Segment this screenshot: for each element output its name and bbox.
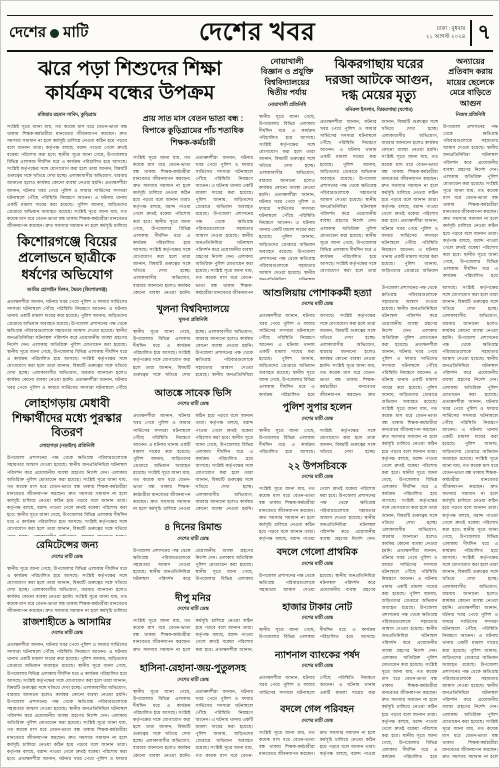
story-body: উপজেলা প্রশাসনের পক্ষ থেকে ক্ষতিগ্রস্ত প… <box>7 454 127 536</box>
story-body: উপজেলা প্রশাসনের পক্ষ থেকে ক্ষতিগ্রস্ত প… <box>443 123 498 280</box>
story-body: সংশ্লিষ্ট সূত্রে জানা যায়, গত কয়েক মাস… <box>259 729 376 761</box>
masthead-dot-icon <box>50 29 59 38</box>
story-byline: মনিরুল ইসলাম, ঝিকরগাছা (যশোর) <box>320 107 438 115</box>
dateline: ঢাকা : বুধবার ২১ আগস্ট ২০২৪ <box>426 25 466 42</box>
bottom-stories-row: আশুলিয়ায় পোশাককর্মী হত্যাদেশের মাটি ডে… <box>259 284 498 761</box>
story-body: উপজেলা প্রশাসনের পক্ষ থেকে ক্ষতিগ্রস্ত প… <box>259 572 376 598</box>
story-byline: দেশের মাটি ডেস্ক <box>133 677 253 685</box>
dateline-block: ঢাকা : বুধবার ২১ আগস্ট ২০২৪ ৭ <box>426 16 491 51</box>
story-headline: লোহাগড়ায় মেধাবী শিক্ষার্থীদের মধ্যে পু… <box>7 397 127 440</box>
story-byline: খুলনা প্রতিনিধি <box>133 317 253 325</box>
story-deck: প্রায় সাত মাস বেতন ভাতা বন্ধ : বিপাকে ক… <box>138 113 248 149</box>
story-body: সংশ্লিষ্ট সূত্রে জানা যায়, গত কয়েক মাস… <box>259 485 376 543</box>
story-body: সংশ্লিষ্ট সূত্রে জানা যায়, গত কয়েক মাস… <box>133 154 253 300</box>
story-byline: মতিয়ার রহমান সাবিদ, কুড়িগ্রাম <box>7 112 127 120</box>
column-b: প্রায় সাত মাস বেতন ভাতা বন্ধ : বিপাকে ক… <box>133 111 253 761</box>
right-section: নোয়াখালী বিজ্ঞান ও প্রযুক্তি বিশ্ববিদ্য… <box>259 56 498 761</box>
story-byline: দেশের মাটি ডেস্ক <box>259 416 376 424</box>
story-byline: লোহাগড়া (নড়াইল) প্রতিনিধি <box>7 443 127 451</box>
page-content: ঝরে পড়া শিশুদের শিক্ষা কার্যক্রম বন্ধের… <box>7 52 493 761</box>
story-byline: নিজস্ব প্রতিনিধি <box>443 112 498 120</box>
story-jhikargachha: ঝিকরগাছায় ঘরের দরজা আটকে আগুন, দগ্ধ মেয… <box>320 56 438 280</box>
newspaper-page: দেশের মাটি দেশের খবর ঢাকা : বুধবার ২১ আগ… <box>0 0 500 768</box>
story-headline: ২২ উপসচিবকে <box>259 461 376 472</box>
column-d: উপজেলা প্রশাসনের পক্ষ থেকে ক্ষতিগ্রস্ত প… <box>382 284 499 761</box>
story-headline: খুলনা বিশ্ববিদ্যালয়ে <box>133 304 253 315</box>
story-headline: ৪ দিনের রিমান্ড <box>133 522 253 533</box>
story-body: স্থানীয় সূত্রে জানা গেছে, উপজেলার বিভিন… <box>259 427 376 457</box>
story-byline: দেশের মাটি ডেস্ক <box>133 606 253 614</box>
story-byline: নোয়াখালী প্রতিনিধি <box>259 102 315 110</box>
column-a: মতিয়ার রহমান সাবিদ, কুড়িগ্রামসংশ্লিষ্ট… <box>7 111 127 761</box>
masthead-text-right: মাটি <box>63 21 88 46</box>
story-headline: বদলে গেল পরিবহন <box>259 704 376 715</box>
masthead-text-left: দেশের <box>9 21 46 46</box>
story-byline: দেশের মাটি ডেস্ক <box>259 615 376 623</box>
story-headline: নোয়াখালী বিজ্ঞান ও প্রযুক্তি বিশ্ববিদ্য… <box>259 57 315 99</box>
story-headline: ঝিকরগাছায় ঘরের দরজা আটকে আগুন, দগ্ধ মেয… <box>320 57 438 104</box>
story-body: প্রত্যক্ষদর্শীরা জানান, ঘটনার খবর পেয়ে … <box>320 118 438 280</box>
story-byline: আবির হোসাইন মিলন, ভৈরব (কিশোরগঞ্জ) <box>7 287 127 295</box>
story-body: প্রত্যক্ষদর্শীরা জানান, ঘটনার খবর পেয়ে … <box>7 641 127 761</box>
lead-section: ঝরে পড়া শিশুদের শিক্ষা কার্যক্রম বন্ধের… <box>7 56 253 761</box>
page-header: দেশের মাটি দেশের খবর ঢাকা : বুধবার ২১ আগ… <box>7 16 493 52</box>
story-byline: দেশের মাটি ডেস্ক <box>7 630 127 638</box>
story-body: উপজেলা প্রশাসনের পক্ষ থেকে ক্ষতিগ্রস্ত প… <box>382 284 499 761</box>
story-body: প্রত্যক্ষদর্শীরা জানান, ঘটনার খবর পেয়ে … <box>133 412 253 518</box>
story-headline: দীপু মনির <box>133 593 253 604</box>
story-body: প্রত্যক্ষদর্শীরা জানান, ঘটনার খবর পেয়ে … <box>259 674 376 700</box>
masthead: দেশের মাটি <box>9 21 88 46</box>
story-byline: দেশের মাটি ডেস্ক <box>259 663 376 671</box>
story-headline: আশুলিয়ায় পোশাককর্মী হত্যা <box>259 288 376 299</box>
story-headline: পুলিশ সুপার হলেন <box>259 402 376 413</box>
column-c: আশুলিয়ায় পোশাককর্মী হত্যাদেশের মাটি ডে… <box>259 284 376 761</box>
story-arson: অন্যায়ের প্রতিবাদ করায় মায়ের ছেলেকে ম… <box>443 56 498 280</box>
story-headline: বদলে গেলো প্রাথমিক <box>259 547 376 558</box>
story-headline: ঝরে পড়া শিশুদের শিক্ষা কার্যক্রম বন্ধের… <box>7 58 253 106</box>
story-byline: দেশের মাটি ডেস্ক <box>259 561 376 569</box>
story-noakhali: নোয়াখালী বিজ্ঞান ও প্রযুক্তি বিশ্ববিদ্য… <box>259 56 315 280</box>
story-body: প্রত্যক্ষদর্শীরা জানান, ঘটনার খবর পেয়ে … <box>259 312 376 398</box>
story-byline: দেশের মাটি ডেস্ক <box>133 401 253 409</box>
story-byline: দেশের মাটি ডেস্ক <box>259 301 376 309</box>
lead-headline-block: ঝরে পড়া শিশুদের শিক্ষা কার্যক্রম বন্ধের… <box>7 56 253 111</box>
story-body: স্থানীয় সূত্রে জানা গেছে, উপজেলার বিভিন… <box>7 565 127 613</box>
story-body: স্থানীয় সূত্রে জানা গেছে, উপজেলার বিভিন… <box>259 113 315 280</box>
story-headline: অন্যায়ের প্রতিবাদ করায় মায়ের ছেলেকে ম… <box>443 57 498 109</box>
story-byline: দেশের মাটি ডেস্ক <box>133 536 253 544</box>
dateline-city-day: ঢাকা : বুধবার <box>426 25 466 33</box>
section-title: দেশের খবর <box>199 12 315 55</box>
lead-columns: মতিয়ার রহমান সাবিদ, কুড়িগ্রামসংশ্লিষ্ট… <box>7 111 253 761</box>
page-number: ৭ <box>477 16 491 51</box>
story-headline: রাজশাহীতে ৯ আসামির <box>7 617 127 628</box>
story-headline: রেমিটেন্সের জন্য <box>7 540 127 551</box>
story-byline: দেশের মাটি ডেস্ক <box>7 554 127 562</box>
story-byline: দেশের মাটি ডেস্ক <box>259 718 376 726</box>
story-body: সংশ্লিষ্ট সূত্রে জানা যায়, গত কয়েক মাস… <box>133 617 253 659</box>
top-stories-row: নোয়াখালী বিজ্ঞান ও প্রযুক্তি বিশ্ববিদ্য… <box>259 56 498 280</box>
story-body: স্থানীয় সূত্রে জানা গেছে, উপজেলার বিভিন… <box>259 626 376 646</box>
story-headline: হাজার টাকার নোট <box>259 602 376 613</box>
story-body: স্থানীয় সূত্রে জানা গেছে, উপজেলার বিভিন… <box>133 688 253 761</box>
story-body: উপজেলা প্রশাসনের পক্ষ থেকে ক্ষতিগ্রস্ত প… <box>133 547 253 589</box>
story-headline: কিশোরগঞ্জে বিয়ের প্রলোভনে ছাত্রীকে ধর্ষ… <box>7 234 127 285</box>
story-body: স্থানীয় সূত্রে জানা গেছে, উপজেলার বিভিন… <box>133 328 253 384</box>
story-headline: হাসিনা-রেহানা-জয়-পুতুলসহ <box>133 663 253 674</box>
page-number-divider <box>470 20 472 46</box>
story-body: সংশ্লিষ্ট সূত্রে জানা যায়, গত কয়েক মাস… <box>7 123 127 229</box>
story-byline: দেশের মাটি ডেস্ক <box>259 474 376 482</box>
story-body: প্রত্যক্ষদর্শীরা জানান, ঘটনার খবর পেয়ে … <box>7 298 127 392</box>
dateline-date: ২১ আগস্ট ২০২৪ <box>426 33 466 41</box>
story-headline: ন্যাশনাল ব্যাংকের পর্ষদ <box>259 650 376 661</box>
story-headline: আতঙ্কে সাবেক ভিসি <box>133 388 253 399</box>
